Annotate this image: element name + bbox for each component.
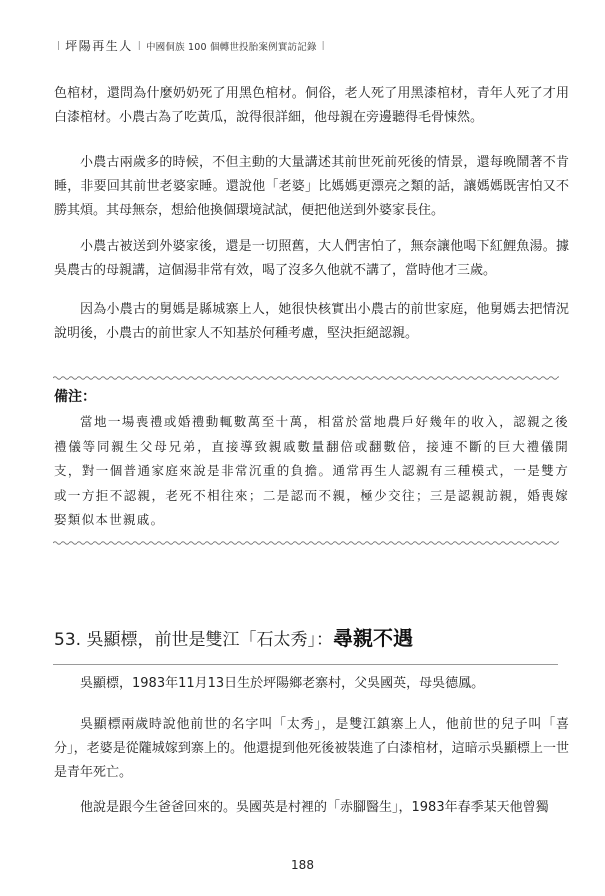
- header-separator: |: [322, 41, 325, 51]
- note-bottom-divider: [53, 540, 559, 546]
- body-paragraph: 小農古被送到外婆家後，還是一切照舊，大人們害怕了，無奈讓他喝下紅鯉魚湯。據吳農古…: [54, 235, 569, 283]
- note-label: 備注：: [54, 386, 96, 406]
- body-paragraph: 因為小農古的舅媽是縣城寨上人，她很快核實出小農古的前世家庭，他舅媽去把情況說明後…: [54, 298, 569, 346]
- section-paragraph: 吳顯標，1983年11月13日生於坪陽鄉老寨村，父吳國英，母吳德鳳。: [54, 672, 569, 696]
- section-heading: 53. 吳顯標，前世是雙江「石太秀」：尋親不遇: [54, 622, 413, 651]
- header-separator: |: [138, 41, 141, 51]
- book-title: 坪陽再生人: [65, 37, 133, 54]
- section-paragraph: 吳顯標兩歲時說他前世的名字叫「太秀」，是雙江鎮寨上人，他前世的兒子叫「喜分」，老…: [54, 713, 569, 785]
- note-top-divider: [53, 375, 559, 381]
- section-title-emphasis: 尋親不遇: [333, 626, 413, 650]
- body-paragraph: 色棺材，還問為什麼奶奶死了用黑色棺材。侗俗，老人死了用黑漆棺材，青年人死了才用白…: [54, 82, 569, 130]
- page-number: 188: [0, 858, 605, 872]
- book-subtitle: 中國侗族 100 個轉世投胎案例實訪記錄: [146, 39, 317, 53]
- section-heading-rule: [53, 664, 558, 665]
- running-header: | 坪陽再生人 | 中國侗族 100 個轉世投胎案例實訪記錄 |: [52, 37, 330, 54]
- note-body: 當地一場喪禮或婚禮動輒數萬至十萬，相當於當地農戶好幾年的收入，認親之後禮儀等同親…: [54, 410, 569, 533]
- section-title: 53. 吳顯標，前世是雙江「石太秀」：: [54, 630, 333, 650]
- section-paragraph: 他說是跟今生爸爸回來的。吳國英是村裡的「赤腳醫生」，1983年春季某天他曾獨: [54, 796, 569, 820]
- header-separator: |: [57, 41, 60, 51]
- body-paragraph: 小農古兩歲多的時候，不但主動的大量講述其前世死前死後的情景，還每晚鬧著不肯睡，非…: [54, 151, 569, 223]
